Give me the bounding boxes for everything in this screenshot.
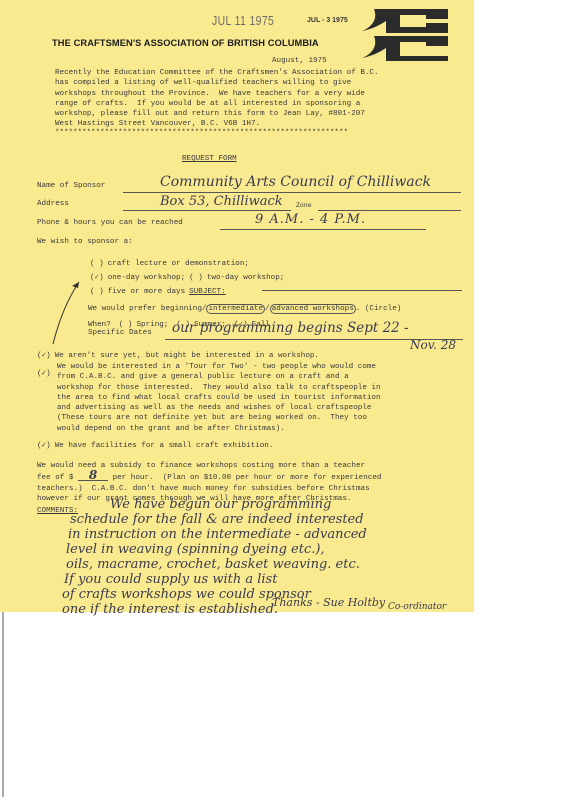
comment-line: level in weaving (spinning dyeing etc.), — [66, 542, 466, 557]
fee-field[interactable]: 8 — [78, 471, 108, 481]
exhibition-option[interactable]: (✓) We have facilities for a small craft… — [37, 434, 273, 452]
option-label: We have facilities for a small craft exh… — [55, 442, 274, 450]
address-field[interactable]: Box 53, Chilliwack — [160, 194, 283, 209]
tour-for-two-option[interactable]: (✓) — [37, 362, 51, 380]
phone-label: Phone & hours you can be reached — [37, 218, 183, 228]
handwritten-arrow-icon — [45, 278, 85, 348]
tour-for-two-text: We would be interested in a 'Tour for Tw… — [57, 362, 381, 434]
scan-edge-line — [2, 612, 4, 797]
tour-line: the area to find what local crafts could… — [57, 393, 381, 403]
form-title: REQUEST FORM — [182, 154, 237, 164]
cabc-logo-icon — [360, 5, 452, 63]
signature-title: Co-ordinator — [388, 602, 446, 612]
intro-line: workshop, please fill out and return thi… — [55, 109, 379, 119]
comment-line: schedule for the fall & are indeed inter… — [70, 512, 470, 527]
tour-line: from C.A.B.C. and give a general public … — [57, 372, 381, 382]
option-label: five or more days — [108, 288, 185, 296]
fee-prefix: fee of $ — [37, 474, 78, 482]
option-five-days[interactable]: ( ) five or more days SUBJECT: — [90, 280, 226, 298]
sponsor-underline — [123, 192, 461, 193]
intro-line: workshops throughout the Province. We ha… — [55, 89, 379, 99]
request-form-page: JUL 11 1975 JUL - 3 1975 THE CRAFTSMEN'S… — [0, 0, 474, 612]
phone-field[interactable]: 9 A.M. - 4 P.M. — [255, 212, 366, 227]
comment-line: We have begun our programming — [110, 497, 510, 512]
intro-line: Recently the Education Committee of the … — [55, 68, 379, 78]
comment-line: in instruction on the intermediate - adv… — [68, 527, 468, 542]
option-label: We aren't sure yet, but might be interes… — [55, 352, 319, 360]
subject-label: SUBJECT: — [189, 288, 225, 296]
not-sure-option[interactable]: (✓) We aren't sure yet, but might be int… — [37, 344, 319, 362]
dates-field[interactable]: our programming begins Sept 22 - — [172, 320, 409, 336]
signature: Thanks - Sue Holtby — [272, 596, 385, 609]
comments-field[interactable]: We have begun our programming schedule f… — [70, 497, 470, 617]
dates-label: Specific Dates — [88, 328, 152, 338]
separator-line: ****************************************… — [55, 128, 348, 138]
circle-instruction: . (Circle) — [356, 305, 402, 313]
zone-label: Zone — [296, 201, 312, 211]
address-underline — [123, 210, 291, 211]
subject-field[interactable] — [262, 290, 462, 291]
sponsor-label: Name of Sponsor — [37, 181, 105, 191]
checkbox-mark-checked[interactable]: (✓) — [37, 442, 51, 450]
intro-line: has compiled a listing of well-qualified… — [55, 78, 379, 88]
phone-underline — [220, 229, 426, 230]
comment-line: oils, macrame, crochet, basket weaving. … — [66, 557, 466, 572]
tour-line: We would be interested in a 'Tour for Tw… — [57, 362, 381, 372]
subsidy-line: teachers.) C.A.B.C. don't have much mone… — [37, 484, 381, 494]
tour-line: workshop for those interested. They woul… — [57, 383, 381, 393]
letter-date: August, 1975 — [272, 56, 327, 66]
tour-line: would depend on the grant and be after C… — [57, 424, 381, 434]
intro-line: range of crafts. If you would be at all … — [55, 99, 379, 109]
checkbox-mark-checked[interactable]: (✓) — [37, 352, 51, 360]
address-label: Address — [37, 199, 69, 209]
prefer-text: We would prefer beginning/ — [88, 305, 206, 313]
tour-line: (These tours are not definite yet but ar… — [57, 413, 381, 423]
tour-line: and advertising as well as the needs and… — [57, 403, 381, 413]
sponsor-type-label: We wish to sponsor a: — [37, 237, 133, 247]
zone-field[interactable] — [318, 210, 461, 211]
level-advanced-circled[interactable]: advanced workshops — [270, 304, 356, 314]
dates-field-continued[interactable]: Nov. 28 — [410, 338, 456, 352]
subsidy-fee-line: fee of $ 8 per hour. (Plan on $10.00 per… — [37, 471, 381, 483]
checkbox-mark-checked[interactable]: (✓) — [37, 370, 51, 378]
received-date-stamp: JUL 11 1975 — [212, 13, 274, 28]
fee-suffix: per hour. (Plan on $10.00 per hour or mo… — [108, 474, 381, 482]
intro-paragraph: Recently the Education Committee of the … — [55, 68, 379, 130]
comment-line: of crafts workshops we could sponsor — [62, 587, 462, 602]
sponsor-field[interactable]: Community Arts Council of Chilliwack — [160, 174, 431, 190]
checkbox-mark[interactable]: ( ) — [90, 288, 104, 296]
comment-line: If you could supply us with a list — [64, 572, 464, 587]
organization-title: THE CRAFTSMEN'S ASSOCIATION OF BRITISH C… — [52, 38, 319, 48]
received-date-stamp-small: JUL - 3 1975 — [307, 17, 348, 24]
